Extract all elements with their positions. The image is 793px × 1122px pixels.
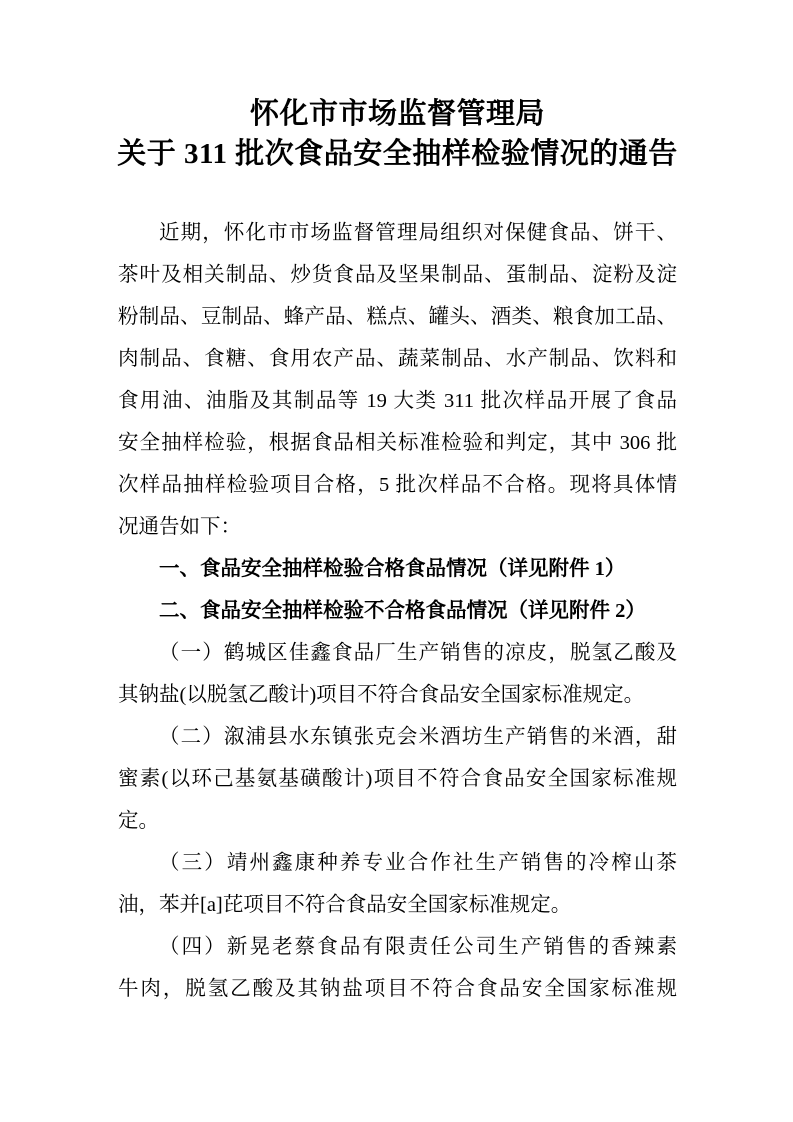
document-title: 怀化市市场监督管理局 关于 311 批次食品安全抽样检验情况的通告: [88, 94, 707, 174]
item1-line-1: （一）鹤城区佳鑫食品厂生产销售的凉皮，脱氢乙酸及: [118, 632, 677, 674]
subheading-passed-items: 一、食品安全抽样检验合格食品情况（详见附件 1）: [118, 548, 677, 590]
item2-line-3: 定。: [118, 800, 677, 842]
intro-line-3: 粉制品、豆制品、蜂产品、糕点、罐头、酒类、粮食加工品、: [118, 296, 677, 338]
item3-line-2: 油，苯并[a]芘项目不符合食品安全国家标准规定。: [118, 884, 677, 926]
intro-line-2: 茶叶及相关制品、炒货食品及坚果制品、蛋制品、淀粉及淀: [118, 254, 677, 296]
intro-line-5: 食用油、油脂及其制品等 19 大类 311 批次样品开展了食品: [118, 380, 677, 422]
document-title-line-1: 怀化市市场监督管理局: [88, 94, 707, 134]
item1-line-2: 其钠盐(以脱氢乙酸计)项目不符合食品安全国家标准规定。: [118, 674, 677, 716]
intro-line-1: 近期，怀化市市场监督管理局组织对保健食品、饼干、: [118, 212, 677, 254]
item4-line-1: （四）新晃老蔡食品有限责任公司生产销售的香辣素: [118, 926, 677, 968]
item4-line-2: 牛肉，脱氢乙酸及其钠盐项目不符合食品安全国家标准规: [118, 968, 677, 1010]
document-title-line-2: 关于 311 批次食品安全抽样检验情况的通告: [88, 134, 707, 174]
document-page: 怀化市市场监督管理局 关于 311 批次食品安全抽样检验情况的通告 近期，怀化市…: [0, 0, 793, 1122]
subheading-failed-items: 二、食品安全抽样检验不合格食品情况（详见附件 2）: [118, 590, 677, 632]
item2-line-2: 蜜素(以环己基氨基磺酸计)项目不符合食品安全国家标准规: [118, 758, 677, 800]
document-body: 近期，怀化市市场监督管理局组织对保健食品、饼干、 茶叶及相关制品、炒货食品及坚果…: [118, 212, 677, 1010]
intro-line-6: 安全抽样检验，根据食品相关标准检验和判定，其中 306 批: [118, 422, 677, 464]
intro-line-8: 况通告如下：: [118, 506, 677, 548]
item2-line-1: （二）溆浦县水东镇张克会米酒坊生产销售的米酒，甜: [118, 716, 677, 758]
intro-line-4: 肉制品、食糖、食用农产品、蔬菜制品、水产制品、饮料和: [118, 338, 677, 380]
intro-line-7: 次样品抽样检验项目合格，5 批次样品不合格。现将具体情: [118, 464, 677, 506]
item3-line-1: （三）靖州鑫康种养专业合作社生产销售的冷榨山茶: [118, 842, 677, 884]
